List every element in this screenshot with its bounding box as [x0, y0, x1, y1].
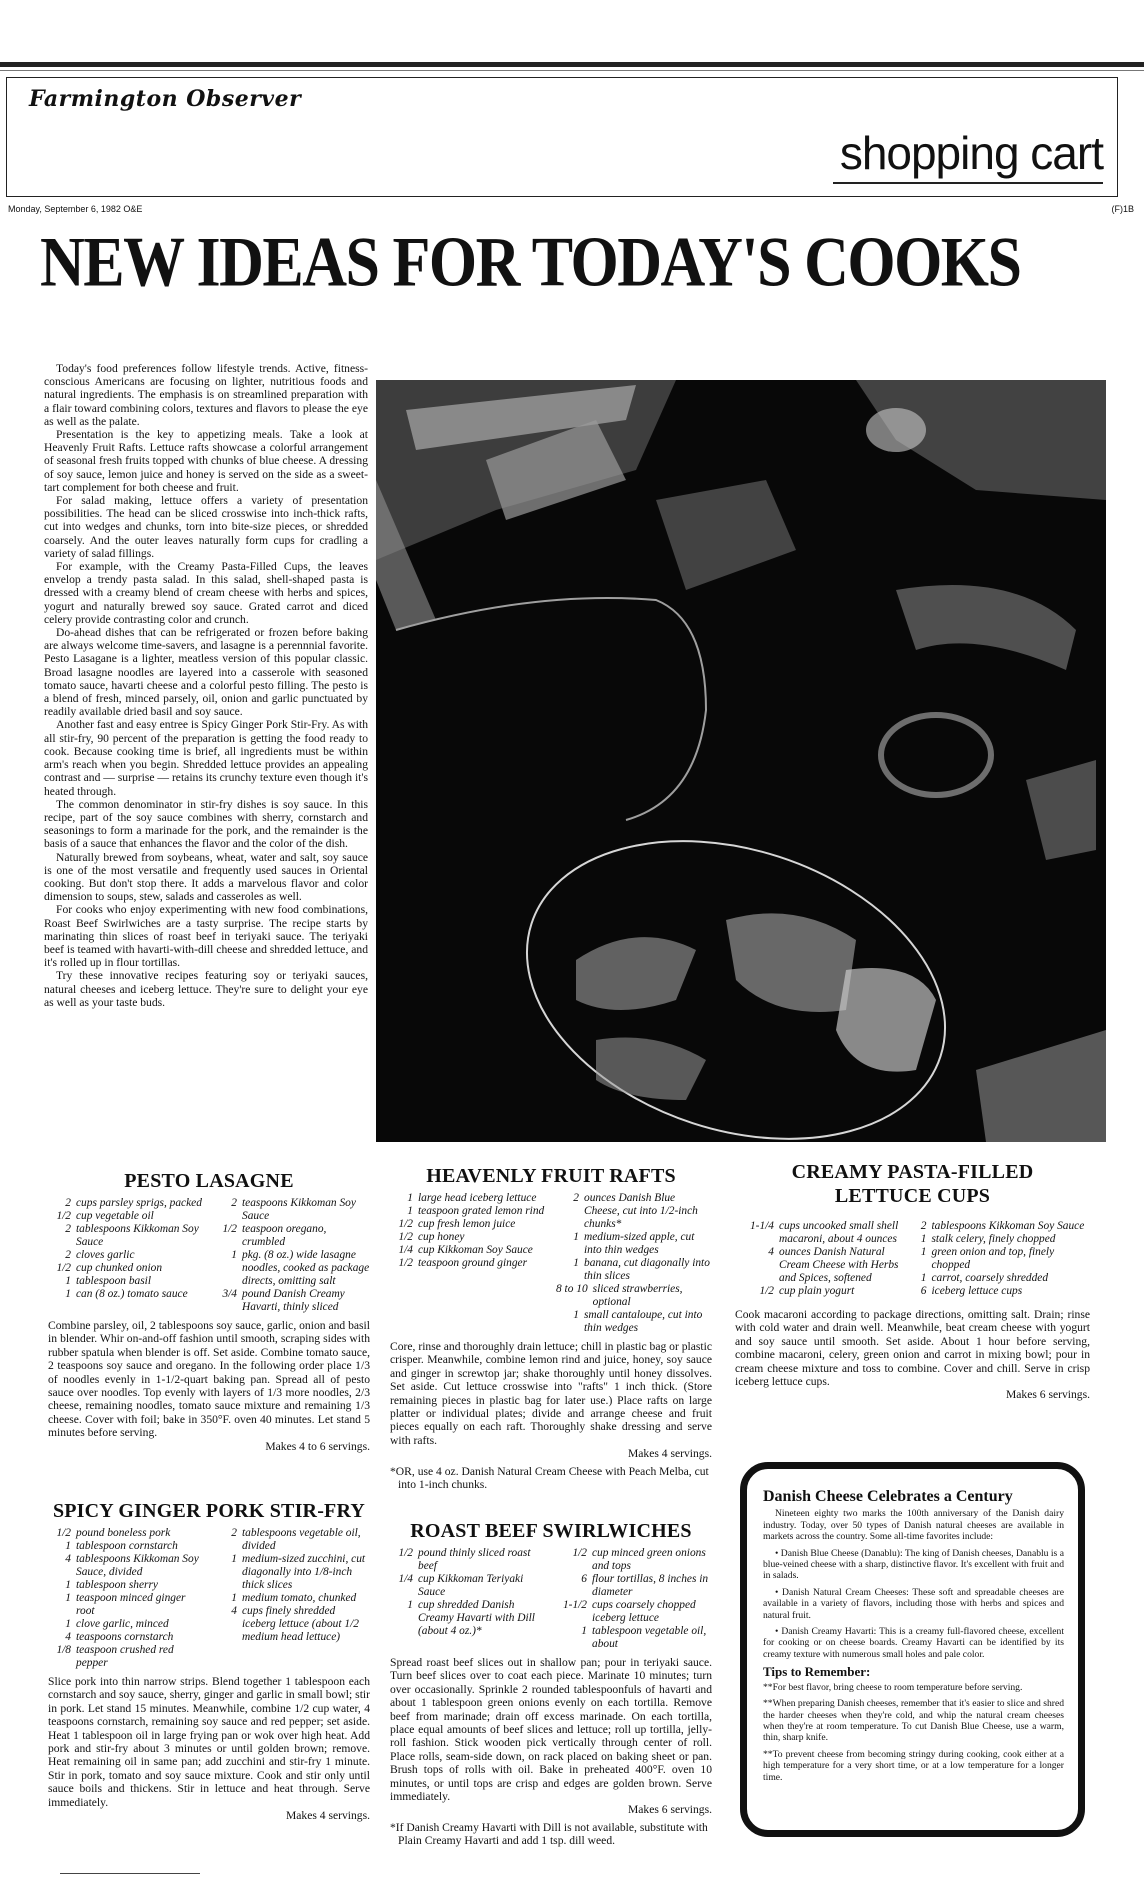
ingredient-qty: 1/2	[390, 1231, 418, 1244]
ingredient: 1green onion and top, finely chopped	[918, 1246, 1091, 1272]
ingredient-text: tablespoons Kikkoman Soy Sauce	[76, 1223, 204, 1249]
ingredient: 1large head iceberg lettuce	[390, 1192, 546, 1205]
ingredient-text: pound thinly sliced roast beef	[418, 1547, 546, 1573]
ingredient: 2teaspoons Kikkoman Soy Sauce	[214, 1197, 370, 1223]
ingredient-text: tablespoons vegetable oil, divided	[242, 1527, 370, 1553]
ingredient: 2tablespoons Kikkoman Soy Sauce	[918, 1220, 1091, 1233]
ingredient-text: cup honey	[418, 1231, 546, 1244]
tip-item: **For best flavor, bring cheese to room …	[763, 1682, 1064, 1693]
recipe-yield: Makes 4 to 6 servings.	[48, 1440, 370, 1453]
ingredient-list: 1/2pound thinly sliced roast beef 1/4cup…	[390, 1547, 712, 1651]
ingredient: 1-1/2cups coarsely chopped iceberg lettu…	[556, 1599, 712, 1625]
ingredient-text: tablespoons Kikkoman Soy Sauce, divided	[76, 1553, 204, 1579]
ingredient: 1/2teaspoon ground ginger	[390, 1257, 546, 1270]
ingredient-column: 2ounces Danish Blue Cheese, cut into 1/2…	[556, 1192, 712, 1335]
ingredient-qty: 1/2	[735, 1285, 779, 1298]
sidebar-title: Danish Cheese Celebrates a Century	[763, 1491, 1064, 1502]
recipe-footnote: *OR, use 4 oz. Danish Natural Cream Chee…	[390, 1465, 712, 1492]
ingredient: 4tablespoons Kikkoman Soy Sauce, divided	[48, 1553, 204, 1579]
recipe-pesto-lasagne: PESTO LASAGNE 2cups parsley sprigs, pack…	[48, 1170, 370, 1453]
ingredient-text: cup plain yogurt	[779, 1285, 908, 1298]
ingredient-text: tablespoons Kikkoman Soy Sauce	[932, 1220, 1091, 1233]
ingredient-text: small cantaloupe, cut into thin wedges	[584, 1309, 712, 1335]
ingredient-text: cup vegetable oil	[76, 1210, 204, 1223]
recipe-creamy-pasta-lettuce-cups: CREAMY PASTA-FILLED LETTUCE CUPS 1-1/4cu…	[735, 1160, 1090, 1402]
sidebar-paragraph: • Danish Natural Cream Cheeses: These so…	[763, 1587, 1064, 1621]
ingredient: 1medium-sized apple, cut into thin wedge…	[556, 1231, 712, 1257]
ingredient: 1/2cup chunked onion	[48, 1262, 204, 1275]
intro-paragraph: Naturally brewed from soybeans, wheat, w…	[44, 851, 368, 904]
ingredient: 6iceberg lettuce cups	[918, 1285, 1091, 1298]
ingredient-text: pound Danish Creamy Havarti, thinly slic…	[242, 1288, 370, 1314]
ingredient-column: 2teaspoons Kikkoman Soy Sauce 1/2teaspoo…	[214, 1197, 370, 1314]
ingredient: 1/2cup honey	[390, 1231, 546, 1244]
intro-paragraph: For salad making, lettuce offers a varie…	[44, 494, 368, 560]
top-rule-thin	[0, 70, 1144, 71]
ingredient: 1tablespoon vegetable oil, about	[556, 1625, 712, 1651]
ingredient-column: 1/2cup minced green onions and tops 6flo…	[556, 1547, 712, 1651]
ingredient-text: iceberg lettuce cups	[932, 1285, 1091, 1298]
ingredient-text: cups uncooked small shell macaroni, abou…	[779, 1220, 908, 1246]
ingredient-qty: 1	[214, 1249, 242, 1288]
ingredient-text: teaspoon grated lemon rind	[418, 1205, 546, 1218]
ingredient-text: ounces Danish Blue Cheese, cut into 1/2-…	[584, 1192, 712, 1231]
ingredient-column: 1-1/4cups uncooked small shell macaroni,…	[735, 1220, 908, 1298]
recipe-directions: Spread roast beef slices out in shallow …	[390, 1656, 712, 1803]
ingredient-text: cloves garlic	[76, 1249, 204, 1262]
ingredient: 1teaspoon grated lemon rind	[390, 1205, 546, 1218]
ingredient-qty: 4	[48, 1631, 76, 1644]
ingredient-column: 2tablespoons Kikkoman Soy Sauce 1stalk c…	[918, 1220, 1091, 1298]
ingredient-qty: 1	[48, 1275, 76, 1288]
ingredient: 1clove garlic, minced	[48, 1618, 204, 1631]
ingredient: 1tablespoon sherry	[48, 1579, 204, 1592]
recipe-title: ROAST BEEF SWIRLWICHES	[390, 1520, 712, 1543]
ingredient-qty: 1	[390, 1205, 418, 1218]
intro-paragraph: For cooks who enjoy experimenting with n…	[44, 903, 368, 969]
ingredient-column: 1large head iceberg lettuce 1teaspoon gr…	[390, 1192, 546, 1335]
ingredient-qty: 2	[214, 1527, 242, 1553]
ingredient: 2cloves garlic	[48, 1249, 204, 1262]
ingredient-qty: 1	[918, 1272, 932, 1285]
ingredient-text: flour tortillas, 8 inches in diameter	[592, 1573, 712, 1599]
ingredient: 1/2pound boneless pork	[48, 1527, 204, 1540]
recipe-directions: Combine parsley, oil, 2 tablespoons soy …	[48, 1319, 370, 1440]
ingredient-qty: 1	[918, 1246, 932, 1272]
ingredient: 2cups parsley sprigs, packed	[48, 1197, 204, 1210]
tip-item: **When preparing Danish cheeses, remembe…	[763, 1698, 1064, 1744]
ingredient-text: tablespoon vegetable oil, about	[592, 1625, 712, 1651]
recipe-yield: Makes 4 servings.	[48, 1809, 370, 1822]
ingredient-qty: 1/4	[390, 1244, 418, 1257]
ingredient: 1/2cup plain yogurt	[735, 1285, 908, 1298]
ingredient-qty: 1	[556, 1231, 584, 1257]
ingredient-qty: 1	[390, 1599, 418, 1638]
ingredient: 2ounces Danish Blue Cheese, cut into 1/2…	[556, 1192, 712, 1231]
ingredient-list: 1/2pound boneless pork 1tablespoon corns…	[48, 1527, 370, 1670]
intro-paragraph: For example, with the Creamy Pasta-Fille…	[44, 560, 368, 626]
ingredient: 1medium-sized zucchini, cut diagonally i…	[214, 1553, 370, 1592]
food-photo	[376, 380, 1106, 1142]
ingredient-column: 1/2pound thinly sliced roast beef 1/4cup…	[390, 1547, 546, 1651]
ingredient-qty: 1	[48, 1579, 76, 1592]
ingredient: 1/4cup Kikkoman Teriyaki Sauce	[390, 1573, 546, 1599]
bottom-rule	[60, 1873, 200, 1874]
ingredient-qty: 1/2	[214, 1223, 242, 1249]
recipe-title: SPICY GINGER PORK STIR-FRY	[48, 1500, 370, 1523]
ingredient-qty: 4	[735, 1246, 779, 1285]
recipe-title: HEAVENLY FRUIT RAFTS	[390, 1165, 712, 1188]
recipe-yield: Makes 6 servings.	[735, 1388, 1090, 1401]
ingredient: 1/2teaspoon oregano, crumbled	[214, 1223, 370, 1249]
ingredient: 3/4pound Danish Creamy Havarti, thinly s…	[214, 1288, 370, 1314]
ingredient-list: 2cups parsley sprigs, packed 1/2cup vege…	[48, 1197, 370, 1314]
ingredient-qty: 1	[48, 1592, 76, 1618]
ingredient-text: clove garlic, minced	[76, 1618, 204, 1631]
ingredient: 1/2cup fresh lemon juice	[390, 1218, 546, 1231]
ingredient-qty: 2	[918, 1220, 932, 1233]
ingredient-text: ounces Danish Natural Cream Cheese with …	[779, 1246, 908, 1285]
ingredient-qty: 1/4	[390, 1573, 418, 1599]
page-headline: NEW IDEAS FOR TODAY'S COOKS	[40, 222, 1110, 304]
recipe-yield: Makes 6 servings.	[390, 1803, 712, 1816]
tips-heading: Tips to Remember:	[763, 1666, 1064, 1677]
ingredient-text: teaspoon crushed red pepper	[76, 1644, 204, 1670]
ingredient-column: 1/2pound boneless pork 1tablespoon corns…	[48, 1527, 204, 1670]
sidebar-paragraph: Nineteen eighty two marks the 100th anni…	[763, 1508, 1064, 1542]
section-title: shopping cart	[840, 126, 1103, 180]
ingredient-text: stalk celery, finely chopped	[932, 1233, 1091, 1246]
recipe-directions: Cook macaroni according to package direc…	[735, 1308, 1090, 1388]
ingredient-text: teaspoons Kikkoman Soy Sauce	[242, 1197, 370, 1223]
intro-article: Today's food preferences follow lifestyl…	[44, 362, 368, 1009]
paper-name: Farmington Observer	[29, 86, 301, 112]
ingredient-text: cups finely shredded iceberg lettuce (ab…	[242, 1605, 370, 1644]
ingredient-qty: 1	[48, 1288, 76, 1301]
section-underline	[833, 182, 1103, 184]
intro-paragraph: Another fast and easy entree is Spicy Gi…	[44, 718, 368, 797]
ingredient-text: sliced strawberries, optional	[593, 1283, 712, 1309]
intro-paragraph: Presentation is the key to appetizing me…	[44, 428, 368, 494]
ingredient-text: cup Kikkoman Soy Sauce	[418, 1244, 546, 1257]
ingredient-qty: 2	[48, 1249, 76, 1262]
ingredient-text: medium-sized apple, cut into thin wedges	[584, 1231, 712, 1257]
ingredient-qty: 1	[214, 1592, 242, 1605]
ingredient-qty: 1/2	[48, 1527, 76, 1540]
recipe-directions: Slice pork into thin narrow strips. Blen…	[48, 1675, 370, 1809]
ingredient-qty: 2	[556, 1192, 584, 1231]
ingredient-text: medium tomato, chunked	[242, 1592, 370, 1605]
ingredient-text: can (8 oz.) tomato sauce	[76, 1288, 204, 1301]
ingredient-qty: 1/2	[390, 1218, 418, 1231]
ingredient-qty: 1/2	[390, 1257, 418, 1270]
ingredient-qty: 1	[556, 1257, 584, 1283]
page-number: (F)1B	[1112, 204, 1135, 214]
ingredient: 1carrot, coarsely shredded	[918, 1272, 1091, 1285]
ingredient-text: cup shredded Danish Creamy Havarti with …	[418, 1599, 546, 1638]
ingredient: 1can (8 oz.) tomato sauce	[48, 1288, 204, 1301]
ingredient: 1/4cup Kikkoman Soy Sauce	[390, 1244, 546, 1257]
ingredient-text: cups parsley sprigs, packed	[76, 1197, 204, 1210]
ingredient: 1/2cup minced green onions and tops	[556, 1547, 712, 1573]
ingredient-qty: 4	[48, 1553, 76, 1579]
ingredient-qty: 2	[48, 1223, 76, 1249]
recipe-spicy-ginger-pork: SPICY GINGER PORK STIR-FRY 1/2pound bone…	[48, 1500, 370, 1822]
recipe-heavenly-fruit-rafts: HEAVENLY FRUIT RAFTS 1large head iceberg…	[390, 1165, 712, 1491]
tip-item: **To prevent cheese from becoming string…	[763, 1749, 1064, 1783]
ingredient-qty: 1	[48, 1540, 76, 1553]
intro-paragraph: The common denominator in stir-fry dishe…	[44, 798, 368, 851]
danish-cheese-sidebar: Danish Cheese Celebrates a Century Ninet…	[740, 1462, 1085, 1837]
ingredient: 1small cantaloupe, cut into thin wedges	[556, 1309, 712, 1335]
dateline: Monday, September 6, 1982 O&E	[8, 204, 142, 214]
ingredient-text: carrot, coarsely shredded	[932, 1272, 1091, 1285]
ingredient-qty: 1	[918, 1233, 932, 1246]
recipe-roast-beef-swirlwiches: ROAST BEEF SWIRLWICHES 1/2pound thinly s…	[390, 1520, 712, 1848]
ingredient: 1tablespoon cornstarch	[48, 1540, 204, 1553]
ingredient-qty: 1	[556, 1309, 584, 1335]
ingredient-list: 1large head iceberg lettuce 1teaspoon gr…	[390, 1192, 712, 1335]
ingredient-qty: 1-1/2	[556, 1599, 592, 1625]
ingredient-text: cups coarsely chopped iceberg lettuce	[592, 1599, 712, 1625]
ingredient: 1-1/4cups uncooked small shell macaroni,…	[735, 1220, 908, 1246]
recipe-title: CREAMY PASTA-FILLED LETTUCE CUPS	[735, 1160, 1090, 1208]
ingredient-qty: 2	[214, 1197, 242, 1223]
ingredient-text: teaspoon minced ginger root	[76, 1592, 204, 1618]
ingredient-text: cup Kikkoman Teriyaki Sauce	[418, 1573, 546, 1599]
recipe-yield: Makes 4 servings.	[390, 1447, 712, 1460]
ingredient: 8 to 10sliced strawberries, optional	[556, 1283, 712, 1309]
ingredient-qty: 1	[390, 1192, 418, 1205]
ingredient: 4cups finely shredded iceberg lettuce (a…	[214, 1605, 370, 1644]
ingredient-text: teaspoon ground ginger	[418, 1257, 546, 1270]
ingredient-qty: 8 to 10	[556, 1283, 593, 1309]
ingredient-text: large head iceberg lettuce	[418, 1192, 546, 1205]
ingredient-text: teaspoon oregano, crumbled	[242, 1223, 370, 1249]
ingredient-qty: 1/2	[390, 1547, 418, 1573]
ingredient-qty: 1	[214, 1553, 242, 1592]
ingredient-qty: 1/2	[48, 1262, 76, 1275]
ingredient-column: 2cups parsley sprigs, packed 1/2cup vege…	[48, 1197, 204, 1314]
ingredient: 1tablespoon basil	[48, 1275, 204, 1288]
recipe-title: PESTO LASAGNE	[48, 1170, 370, 1193]
intro-paragraph: Do-ahead dishes that can be refrigerated…	[44, 626, 368, 718]
ingredient: 4teaspoons cornstarch	[48, 1631, 204, 1644]
ingredient-qty: 1	[556, 1625, 592, 1651]
ingredient-text: cup chunked onion	[76, 1262, 204, 1275]
masthead: Farmington Observer shopping cart	[6, 77, 1118, 197]
top-rule	[0, 62, 1144, 67]
ingredient-text: tablespoon cornstarch	[76, 1540, 204, 1553]
ingredient-text: tablespoon sherry	[76, 1579, 204, 1592]
ingredient-text: banana, cut diagonally into thin slices	[584, 1257, 712, 1283]
ingredient-text: cup fresh lemon juice	[418, 1218, 546, 1231]
ingredient-text: medium-sized zucchini, cut diagonally in…	[242, 1553, 370, 1592]
ingredient-text: pkg. (8 oz.) wide lasagne noodles, cooke…	[242, 1249, 370, 1288]
ingredient-text: teaspoons cornstarch	[76, 1631, 204, 1644]
ingredient-text: green onion and top, finely chopped	[932, 1246, 1091, 1272]
ingredient-text: pound boneless pork	[76, 1527, 204, 1540]
sidebar-paragraph: • Danish Blue Cheese (Danablu): The king…	[763, 1548, 1064, 1582]
ingredient-qty: 1	[48, 1618, 76, 1631]
ingredient: 1banana, cut diagonally into thin slices	[556, 1257, 712, 1283]
ingredient: 2tablespoons vegetable oil, divided	[214, 1527, 370, 1553]
ingredient-qty: 2	[48, 1197, 76, 1210]
intro-paragraph: Try these innovative recipes featuring s…	[44, 969, 368, 1009]
ingredient-qty: 6	[556, 1573, 592, 1599]
ingredient-qty: 4	[214, 1605, 242, 1644]
ingredient-qty: 1/8	[48, 1644, 76, 1670]
food-photo-image	[376, 380, 1106, 1142]
ingredient-text: tablespoon basil	[76, 1275, 204, 1288]
recipe-directions: Core, rinse and thoroughly drain lettuce…	[390, 1340, 712, 1447]
ingredient-column: 2tablespoons vegetable oil, divided 1med…	[214, 1527, 370, 1670]
ingredient: 1pkg. (8 oz.) wide lasagne noodles, cook…	[214, 1249, 370, 1288]
ingredient: 6flour tortillas, 8 inches in diameter	[556, 1573, 712, 1599]
ingredient: 2tablespoons Kikkoman Soy Sauce	[48, 1223, 204, 1249]
ingredient-qty: 1/2	[556, 1547, 592, 1573]
ingredient: 1medium tomato, chunked	[214, 1592, 370, 1605]
ingredient: 1stalk celery, finely chopped	[918, 1233, 1091, 1246]
ingredient: 1/8teaspoon crushed red pepper	[48, 1644, 204, 1670]
recipe-footnote: *If Danish Creamy Havarti with Dill is n…	[390, 1821, 712, 1848]
ingredient: 4ounces Danish Natural Cream Cheese with…	[735, 1246, 908, 1285]
ingredient-qty: 3/4	[214, 1288, 242, 1314]
ingredient-qty: 6	[918, 1285, 932, 1298]
ingredient: 1/2pound thinly sliced roast beef	[390, 1547, 546, 1573]
ingredient-text: cup minced green onions and tops	[592, 1547, 712, 1573]
ingredient: 1cup shredded Danish Creamy Havarti with…	[390, 1599, 546, 1638]
sidebar-paragraph: • Danish Creamy Havarti: This is a cream…	[763, 1626, 1064, 1660]
ingredient-list: 1-1/4cups uncooked small shell macaroni,…	[735, 1220, 1090, 1298]
ingredient-qty: 1-1/4	[735, 1220, 779, 1246]
ingredient-qty: 1/2	[48, 1210, 76, 1223]
intro-paragraph: Today's food preferences follow lifestyl…	[44, 362, 368, 428]
ingredient: 1teaspoon minced ginger root	[48, 1592, 204, 1618]
ingredient: 1/2cup vegetable oil	[48, 1210, 204, 1223]
